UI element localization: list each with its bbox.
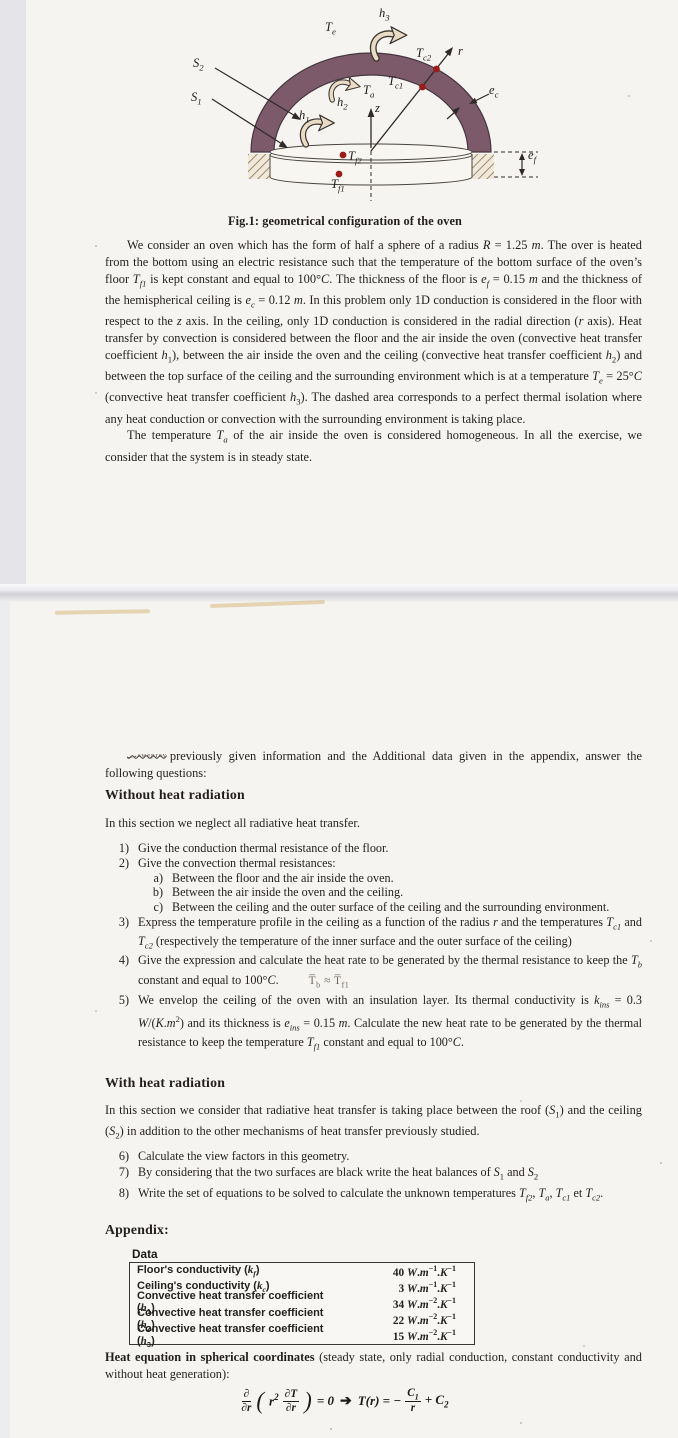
question-item: 6)Calculate the view factors in this geo… <box>105 1148 642 1164</box>
paragraph-steady-state: The temperature Ta of the air inside the… <box>105 427 642 465</box>
page-seam <box>0 584 678 602</box>
figure-label-z: z <box>375 102 380 115</box>
figure-caption: Fig.1: geometrical configuration of the … <box>150 214 540 229</box>
scan-left-edge-lower <box>0 600 10 1438</box>
heat-equation: ∂∂r ( r2 ∂T∂r ) = 0 ➔ T(r) = − C1r + C2 <box>105 1387 585 1415</box>
scanned-document-page: S2 S1 Te h3 Tc2 r Tc1 ec Ta h2 h1 z Tf2 … <box>0 0 678 1438</box>
section-heading-with-radiation: With heat radiation <box>105 1075 225 1091</box>
scan-specks <box>0 0 2 2</box>
question-subitem: a)Between the floor and the air inside t… <box>105 871 642 886</box>
oven-figure-drawing <box>185 5 547 213</box>
section2-lead: In this section we consider that radiati… <box>105 1102 642 1143</box>
figure-label-h2: h2 <box>337 96 348 111</box>
figure-label-h1: h1 <box>299 109 310 124</box>
figure-label-tf2: Tf2 <box>348 150 362 165</box>
figure-label-s2: S2 <box>193 57 204 72</box>
figure-label-te: Te <box>325 21 336 36</box>
r-arrowhead <box>445 47 453 56</box>
intro-line: –·ˢʷᵉᵖʳᵉᵛpreviously given information an… <box>105 748 642 782</box>
figure-label-ta: Ta <box>363 84 374 99</box>
c1-over-r-fraction: C1r <box>405 1387 421 1415</box>
question-item: 3)Express the temperature profile in the… <box>105 915 642 953</box>
intro-instructions: –·ˢʷᵉᵖʳᵉᵛpreviously given information an… <box>105 748 642 782</box>
data-table-label: Data <box>132 1247 158 1261</box>
table-row: Floor's conductivity (kf)40 W.m−1.K−1 <box>130 1263 474 1279</box>
heat-equation-intro: Heat equation in spherical coordinates (… <box>105 1349 642 1382</box>
question-subitem: c)Between the ceiling and the outer surf… <box>105 900 642 915</box>
r-squared: r2 <box>269 1392 279 1409</box>
appendix-data-table: Floor's conductivity (kf)40 W.m−1.K−1 Ce… <box>129 1262 475 1345</box>
figure-label-tc2: Tc2 <box>416 47 431 62</box>
problem-statement: We consider an oven which has the form o… <box>105 237 642 465</box>
paren-open: ( <box>256 1388 264 1415</box>
s1-arrowhead <box>279 141 288 149</box>
figure-label-ec: ec <box>489 84 498 99</box>
equals-zero: = 0 <box>317 1393 334 1409</box>
paragraph-oven-description: We consider an oven which has the form o… <box>105 237 642 427</box>
section1-lead: In this section we neglect all radiative… <box>105 816 642 831</box>
question-list-2: 6)Calculate the view factors in this geo… <box>105 1148 642 1208</box>
oven-geometry-figure: S2 S1 Te h3 Tc2 r Tc1 ec Ta h2 h1 z Tf2 … <box>185 5 547 213</box>
solution-lhs: T(r) = − <box>358 1393 401 1409</box>
section-heading-without-radiation: Without heat radiation <box>105 787 245 803</box>
ef-arrowhead-up <box>519 153 525 160</box>
question-item: 7)By considering that the two surfaces a… <box>105 1164 642 1184</box>
question-item: 1)Give the conduction thermal resistance… <box>105 841 642 856</box>
appendix-heading: Appendix: <box>105 1222 169 1238</box>
question-list-1: 1)Give the conduction thermal resistance… <box>105 841 642 1055</box>
figure-label-ef: ef <box>528 149 536 164</box>
scan-smudge <box>55 609 150 615</box>
figure-label-r: r <box>458 45 463 58</box>
solution-tail: + C2 <box>425 1392 449 1410</box>
figure-label-tf1: Tf1 <box>331 178 345 193</box>
scan-left-edge <box>0 0 26 600</box>
question-item: 2)Give the convection thermal resistance… <box>105 856 642 871</box>
paren-close: ) <box>304 1388 312 1415</box>
question-item: 4)Give the expression and calculate the … <box>105 953 642 992</box>
figure-label-s1: S1 <box>191 91 202 106</box>
implies-arrow-icon: ➔ <box>340 1393 352 1410</box>
tf2-dot <box>340 152 347 159</box>
figure-label-tc1: Tc1 <box>388 75 403 90</box>
dT-dr-fraction: ∂T∂r <box>283 1388 299 1415</box>
handwritten-scribble: –·ˢʷᵉᵖʳᵉᵛ <box>127 751 167 763</box>
question-item: 8)Write the set of equations to be solve… <box>105 1184 642 1207</box>
z-arrowhead <box>368 108 375 117</box>
tc1-dot <box>419 84 426 91</box>
intro-text: previously given information and the Add… <box>105 749 642 780</box>
ef-arrowhead-down <box>519 169 525 176</box>
partial-fraction: ∂∂r <box>241 1388 251 1415</box>
figure-label-h3: h3 <box>379 7 390 22</box>
table-row: Convective heat transfer coefficient (h3… <box>130 1328 474 1344</box>
question-subitem: b)Between the air inside the oven and th… <box>105 885 642 900</box>
question-item: 5)We envelop the ceiling of the oven wit… <box>105 993 642 1055</box>
tc2-dot <box>433 66 440 73</box>
